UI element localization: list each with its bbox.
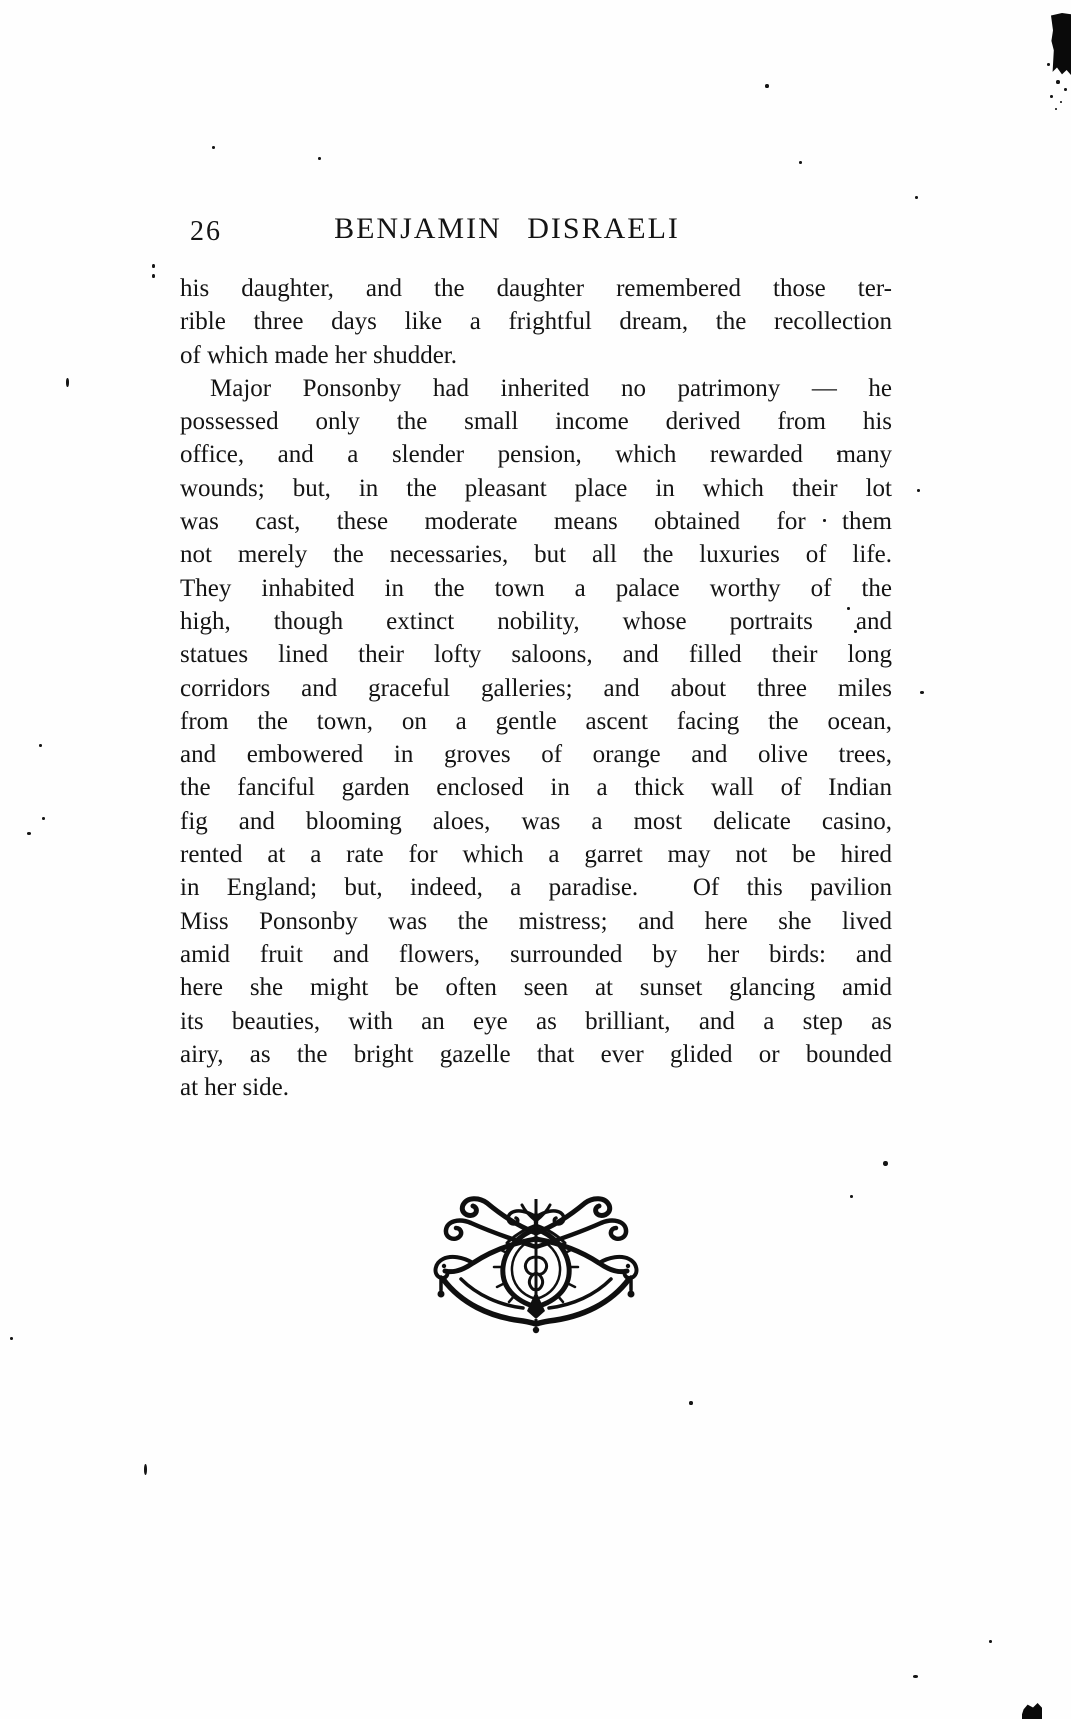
scan-speck	[1056, 80, 1060, 84]
scan-speck	[765, 84, 769, 88]
scan-speck	[152, 264, 155, 268]
scan-speck	[66, 378, 69, 387]
text-line: Miss Ponsonby was the mistress; and here…	[180, 905, 892, 938]
text-line: in England; but, indeed, a paradise. Of …	[180, 871, 892, 904]
text-line: the fanciful garden enclosed in a thick …	[180, 771, 892, 804]
text-line: fig and blooming aloes, was a most delic…	[180, 805, 892, 838]
scan-speck	[689, 1401, 693, 1405]
scan-speck	[915, 196, 918, 199]
book-page-scan: 26 BENJAMIN DISRAELI his daughter, and t…	[0, 0, 1071, 1719]
text-line: was cast, these moderate means obtained …	[180, 505, 892, 538]
text-line: possessed only the small income derived …	[180, 405, 892, 438]
scan-speck	[989, 1640, 992, 1643]
text-line: They inhabited in the town a palace wort…	[180, 572, 892, 605]
scan-speck	[850, 1195, 853, 1198]
scan-speck	[144, 1464, 147, 1475]
text-line: airy, as the bright gazelle that ever gl…	[180, 1038, 892, 1071]
text-line: wounds; but, in the pleasant place in wh…	[180, 472, 892, 505]
text-line: statues lined their lofty saloons, and f…	[180, 638, 892, 671]
text-line: its beauties, with an eye as brilliant, …	[180, 1005, 892, 1038]
text-line: office, and a slender pension, which rew…	[180, 438, 892, 471]
scan-blob-top-right	[1051, 13, 1071, 75]
text-line: from the town, on a gentle ascent facing…	[180, 705, 892, 738]
scan-speck	[27, 832, 31, 835]
scan-speck	[883, 1161, 888, 1166]
scan-speck	[854, 630, 857, 633]
scan-speck	[1060, 101, 1062, 103]
text-line: of which made her shudder.	[180, 339, 892, 372]
scan-speck	[1050, 95, 1053, 98]
scan-speck	[10, 1337, 13, 1340]
scan-speck	[152, 274, 155, 278]
scan-speck	[212, 146, 215, 149]
text-line: rented at a rate for which a garret may …	[180, 838, 892, 871]
scan-speck	[318, 157, 321, 160]
scan-speck	[1055, 108, 1057, 110]
text-line: rible three days like a frightful dream,…	[180, 305, 892, 338]
text-line: here she might be often seen at sunset g…	[180, 971, 892, 1004]
scan-speck	[39, 744, 42, 747]
scan-speck	[917, 489, 920, 492]
scan-speck	[1047, 63, 1050, 66]
scan-speck	[42, 817, 45, 820]
text-line: amid fruit and flowers, surrounded by he…	[180, 938, 892, 971]
text-line: corridors and graceful galleries; and ab…	[180, 672, 892, 705]
scan-speck	[837, 452, 840, 455]
text-line: and embowered in groves of orange and ol…	[180, 738, 892, 771]
text-line: not merely the necessaries, but all the …	[180, 538, 892, 571]
body-text: his daughter, and the daughter remembere…	[180, 272, 892, 1104]
text-line: his daughter, and the daughter remembere…	[180, 272, 892, 305]
scan-speck	[823, 519, 826, 522]
running-header-title: BENJAMIN DISRAELI	[334, 212, 680, 246]
floral-tailpiece-ornament	[427, 1195, 645, 1335]
page-number: 26	[190, 216, 222, 248]
scan-speck	[920, 691, 924, 694]
text-line: at her side.	[180, 1071, 892, 1104]
scan-speck	[913, 1675, 918, 1678]
scan-speck	[799, 161, 802, 164]
scan-blob-bottom-right	[1022, 1703, 1042, 1719]
scan-speck	[1064, 88, 1067, 91]
text-line: high, though extinct nobility, whose por…	[180, 605, 892, 638]
scan-speck	[847, 607, 850, 610]
text-line: Major Ponsonby had inherited no patrimon…	[180, 372, 892, 405]
